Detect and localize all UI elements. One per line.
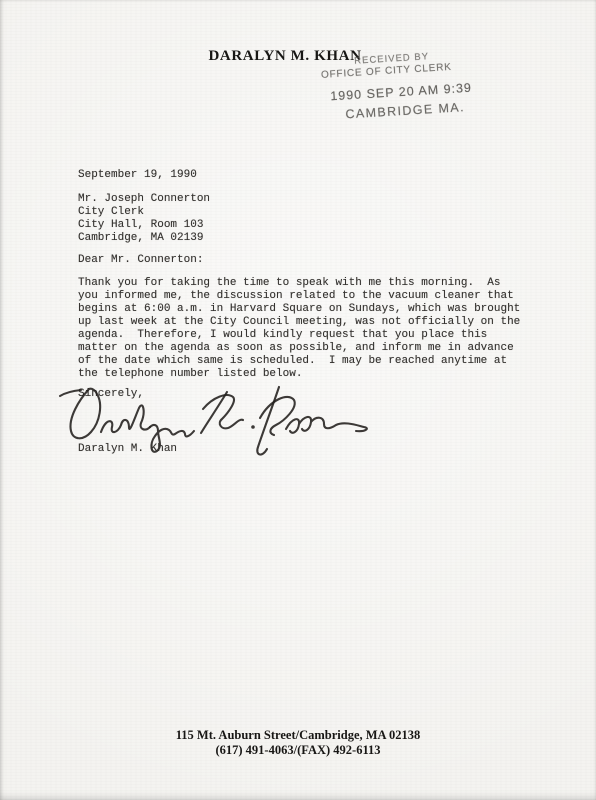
- letter-body: Thank you for taking the time to speak w…: [78, 277, 520, 381]
- footer-phone: (617) 491-4063/(FAX) 492-6113: [0, 743, 596, 758]
- letter-date: September 19, 1990: [78, 169, 197, 182]
- typed-signature-name: Daralyn M. Khan: [78, 443, 177, 456]
- salutation: Dear Mr. Connerton:: [78, 254, 203, 267]
- recipient-address-block: Mr. Joseph Connerton City Clerk City Hal…: [78, 193, 210, 245]
- footer-address: 115 Mt. Auburn Street/Cambridge, MA 0213…: [0, 728, 596, 743]
- stamp-city: CAMBRIDGE MA.: [345, 99, 492, 122]
- received-stamp: RECEIVED BY OFFICE OF CITY CLERK 1990 SE…: [318, 48, 492, 123]
- letterhead-footer: 115 Mt. Auburn Street/Cambridge, MA 0213…: [0, 728, 596, 758]
- scanned-letter-page: DARALYN M. KHAN RECEIVED BY OFFICE OF CI…: [0, 0, 596, 800]
